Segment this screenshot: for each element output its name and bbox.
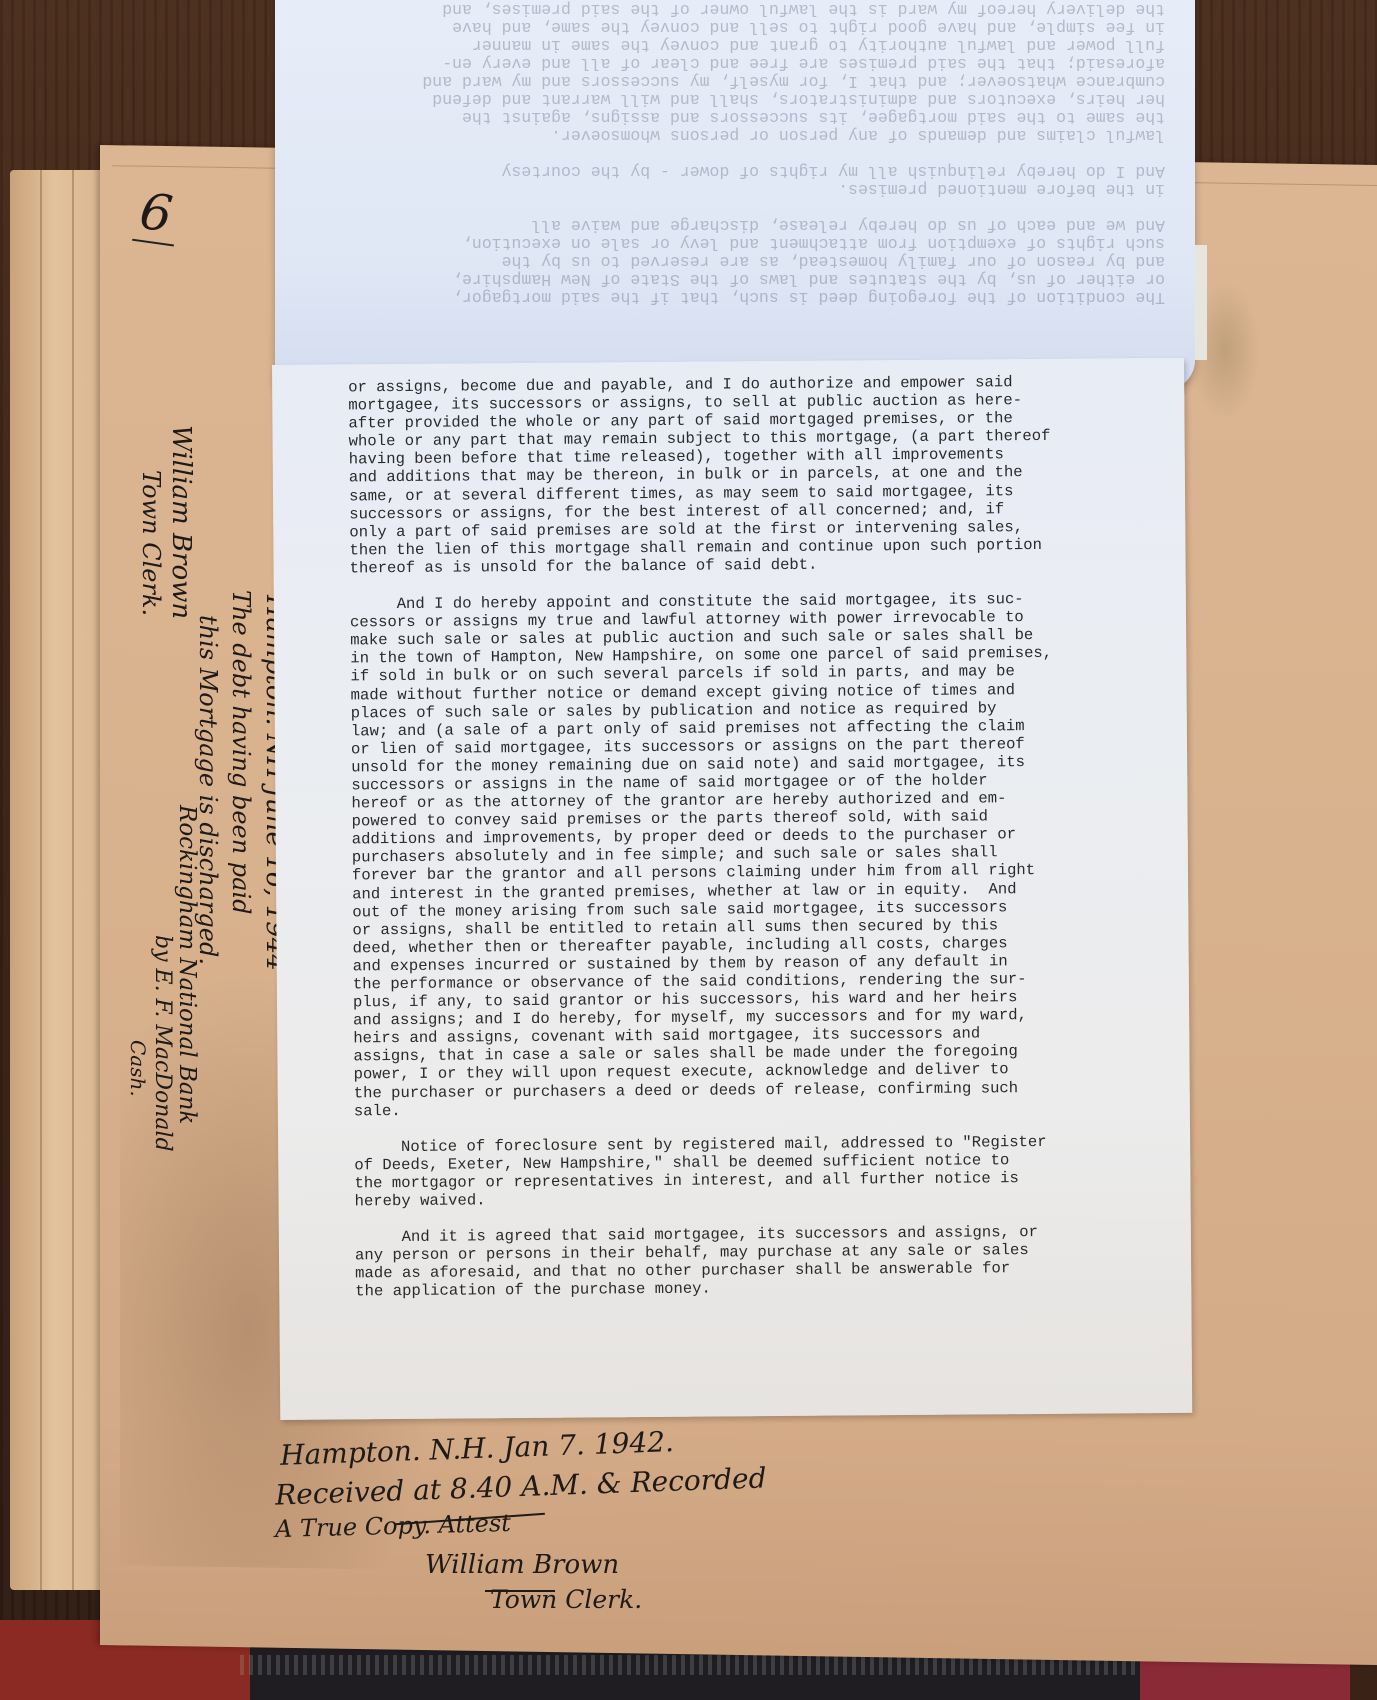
page-edge (40, 170, 42, 1590)
flipped-typed-sheet[interactable]: The condition of the foregoing deed is s… (275, 0, 1195, 390)
paragraph-purchase-agreement: And it is agreed that said mortgagee, it… (355, 1222, 1176, 1301)
ledger-page-number: 6 (136, 182, 194, 248)
margin-note-line: Cash. (126, 1040, 150, 1097)
paragraph-sale-authority: or assigns, become due and payable, and … (348, 372, 1170, 577)
page-edge (72, 170, 74, 1590)
sheet-edges (1195, 245, 1207, 360)
clerk-signature: William Brown (425, 1550, 619, 1580)
bleed-through-text: The condition of the foregoing deed is s… (305, 0, 1165, 306)
margin-note-line: Rockingham National Bank (174, 805, 200, 1124)
margin-note-title: Town Clerk. (137, 470, 165, 616)
clerk-title: Town Clerk. (490, 1585, 642, 1614)
margin-note-line: by E. F. MacDonald (150, 935, 175, 1152)
typed-body: or assigns, become due and payable, and … (348, 372, 1175, 1319)
margin-note-line: The debt having been paid (227, 590, 255, 915)
paragraph-power-of-attorney: And I do hereby appoint and constitute t… (350, 589, 1174, 1120)
paragraph-foreclosure-notice: Notice of foreclosure sent by registered… (354, 1132, 1175, 1211)
typed-mortgage-sheet: or assigns, become due and payable, and … (272, 358, 1192, 1420)
margin-note-signature: William Brown (166, 425, 196, 619)
